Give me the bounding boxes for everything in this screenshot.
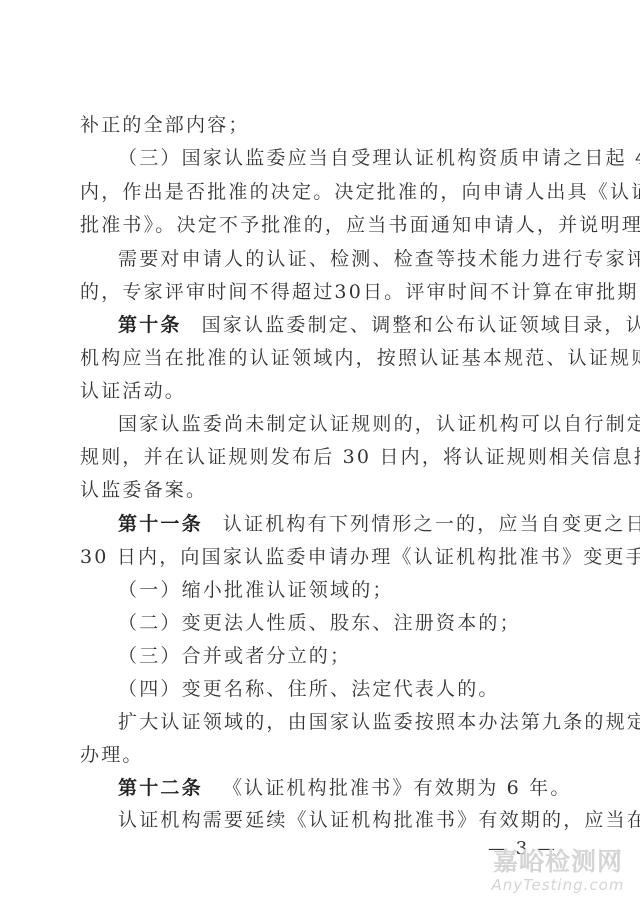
article-10-line: 第十条国家认监委制定、调整和公布认证领域目录，认证 xyxy=(118,313,588,337)
text-line: 《认证机构批准书》有效期为 6 年。 xyxy=(223,777,572,799)
text-line: （三）国家认监委应当自受理认证机构资质申请之日起 45 日 xyxy=(118,146,588,170)
list-item: （二）变更法人性质、股东、注册资本的； xyxy=(118,611,588,635)
text-line: 国家认监委尚未制定认证规则的，认证机构可以自行制定认证 xyxy=(118,412,588,436)
text-line: 认证活动。 xyxy=(80,379,550,403)
text-line: 需要对申请人的认证、检测、检查等技术能力进行专家评审 xyxy=(118,247,588,271)
article-heading: 第十条 xyxy=(118,314,182,336)
watermark-chinese: 嘉峪检测网 xyxy=(488,848,628,876)
list-item: （三）合并或者分立的； xyxy=(118,644,588,668)
text-line: 办理。 xyxy=(80,743,550,767)
text-line: 机构应当在批准的认证领域内，按照认证基本规范、认证规则从事 xyxy=(80,346,550,370)
text-line: 30 日内，向国家认监委申请办理《认证机构批准书》变更手续： xyxy=(80,545,550,569)
list-item: （四）变更名称、住所、法定代表人的。 xyxy=(118,677,588,701)
document-page: 补正的全部内容； （三）国家认监委应当自受理认证机构资质申请之日起 45 日 内… xyxy=(0,0,640,905)
text-line: 内，作出是否批准的决定。决定批准的，向申请人出具《认证机构 xyxy=(80,180,550,204)
text-line: 批准书》。决定不予批准的，应当书面通知申请人，并说明理由。 xyxy=(80,213,550,237)
text-line: 认监委备案。 xyxy=(80,478,550,502)
article-11-line: 第十一条认证机构有下列情形之一的，应当自变更之日起 xyxy=(118,512,588,536)
text-line: 认证机构有下列情形之一的，应当自变更之日起 xyxy=(223,513,640,535)
text-line: 的，专家评审时间不得超过30日。评审时间不计算在审批期限内。 xyxy=(80,280,550,304)
watermark: 嘉峪检测网 AnyTesting.com xyxy=(488,848,628,894)
text-line: 认证机构需要延续《认证机构批准书》有效期的，应当在《认 xyxy=(118,808,588,832)
article-heading: 第十二条 xyxy=(118,777,203,799)
text-line: 扩大认证领域的，由国家认监委按照本办法第九条的规定予以 xyxy=(118,710,588,734)
text-line: 国家认监委制定、调整和公布认证领域目录，认证 xyxy=(202,314,640,336)
watermark-english: AnyTesting.com xyxy=(488,876,628,894)
text-line: 补正的全部内容； xyxy=(80,113,550,137)
article-12-line: 第十二条《认证机构批准书》有效期为 6 年。 xyxy=(118,776,588,800)
text-line: 规则，并在认证规则发布后 30 日内，将认证规则相关信息报国家 xyxy=(80,445,550,469)
list-item: （一）缩小批准认证领域的； xyxy=(118,578,588,602)
article-heading: 第十一条 xyxy=(118,513,203,535)
